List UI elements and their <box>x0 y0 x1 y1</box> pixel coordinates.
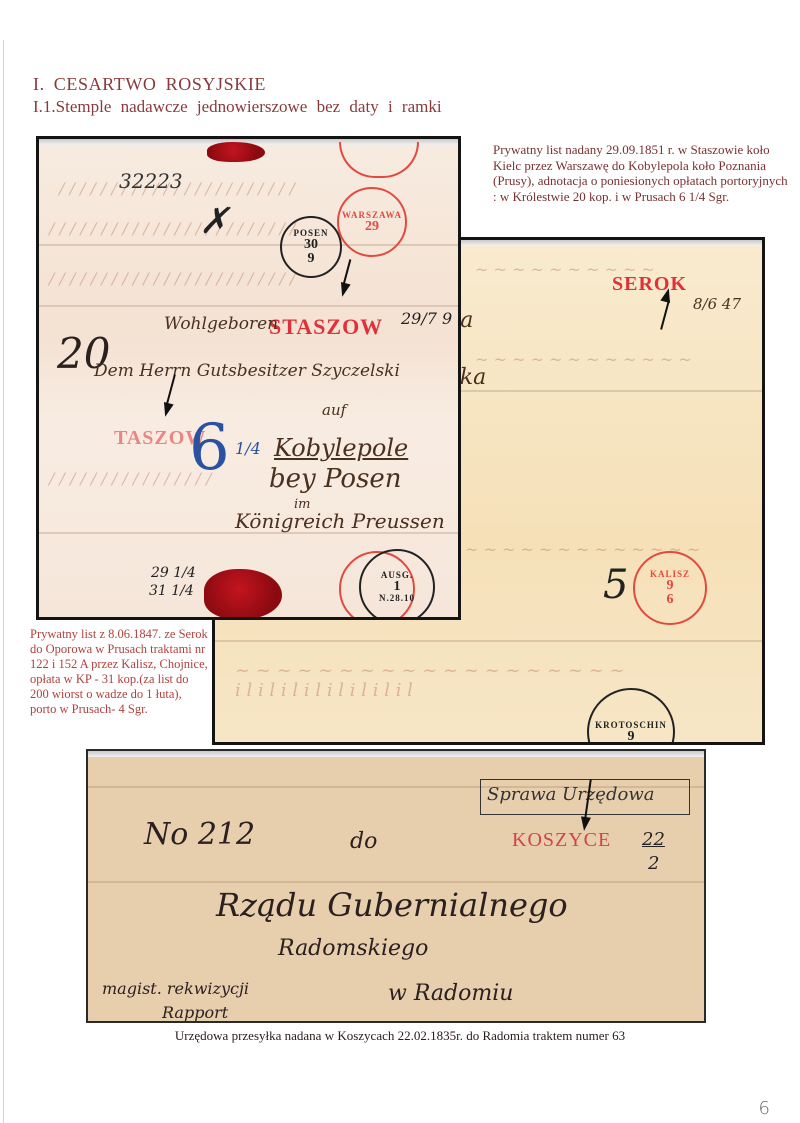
page-number: 6 <box>759 1098 770 1119</box>
stamp-day: 29 <box>365 220 379 234</box>
address-line: Rządu Gubernialnego <box>216 886 568 924</box>
note-bottom: 29 1/4 <box>151 565 196 581</box>
note-bottom: 31 1/4 <box>149 583 194 599</box>
wax-seal-top <box>207 142 265 162</box>
date-note: 8/6 47 <box>693 295 741 313</box>
stamp-day: 9 <box>628 730 635 744</box>
fold-line <box>88 881 704 883</box>
page-edge-line <box>3 40 4 1123</box>
stamp-day: 1 <box>394 580 401 594</box>
caption-staszow: Prywatny list nadany 29.09.1851 r. w Sta… <box>493 142 793 204</box>
note-left: Rapport <box>162 1003 228 1022</box>
ausg-circle-stamp: AUSG. 1 N.28.10 <box>359 549 435 620</box>
krotoschin-circle-stamp: KROTOSCHIN 9 <box>587 688 675 745</box>
partial-circle-stamp <box>339 142 419 178</box>
address-line: do <box>350 829 377 854</box>
cross-mark: ✗ <box>199 201 229 242</box>
section-subheading: I.1.Stemple nadawcze jednowierszowe bez … <box>33 97 442 117</box>
address-line: w Radomiu <box>388 981 513 1006</box>
date-fraction-top: 22 <box>642 829 665 850</box>
arrow-down-icon <box>337 282 350 298</box>
framed-stamp-text: Sprawa Urzędowa <box>487 784 654 805</box>
seroki-line-stamp: SEROK <box>612 273 687 296</box>
address-line: Dem Herrn Gutsbesitzer Szyczelski <box>94 361 400 381</box>
bleed-through-text: / / / / / / / / / / / / / / / / / / / / … <box>49 219 295 238</box>
fold-line <box>39 305 458 307</box>
arrow-pointer <box>660 300 670 329</box>
letter-number: No 212 <box>144 817 255 852</box>
bleed-through-text: ~ ~ ~ ~ ~ ~ ~ ~ ~ ~ ~ ~ <box>475 350 692 369</box>
staszow-line-stamp: STASZOW <box>269 314 383 340</box>
posen-circle-stamp: POSEN 30 9 <box>280 216 342 278</box>
letter-staszow-1851: / / / / / / / / / / / / / / / / / / / / … <box>36 136 461 620</box>
note-left: magist. rekwizycji <box>102 979 249 998</box>
fold-line <box>215 640 762 642</box>
letter-koszyce-1835: Sprawa Urzędowa KOSZYCE 22 2 No 212 do R… <box>86 749 706 1023</box>
address-line: auf <box>322 401 346 419</box>
address-line: Wohlgeboren <box>164 314 278 334</box>
stamp-day: 30 <box>304 238 318 252</box>
rate-blue: 6 <box>189 411 230 485</box>
arrow-down-icon <box>160 402 173 418</box>
bleed-through-text: / / / / / / / / / / / / / / / / <box>49 469 212 488</box>
date-note: 29/7 9 <box>401 309 452 328</box>
date-fraction-bottom: 2 <box>648 853 659 874</box>
sleeve-edge <box>88 751 704 757</box>
bleed-through-text: / / / / / / / / / / / / / / / / / / / / … <box>49 269 295 288</box>
caption-koszyce: Urzędowa przesyłka nadana w Koszycach 22… <box>0 1028 800 1044</box>
wax-seal-bottom <box>204 569 282 619</box>
kalisz-circle-stamp: KALISZ 9 6 <box>633 551 707 625</box>
rate-mark: 5 <box>603 562 628 608</box>
warszawa-circle-stamp: WARSZAWA 29 <box>337 187 407 257</box>
section-heading: I. CESARTWO ROSYJSKIE <box>33 74 266 95</box>
caption-serock: Prywatny list z 8.06.1847. ze Serok do O… <box>30 627 210 717</box>
rate-blue-fraction: 1/4 <box>235 439 261 458</box>
stamp-day: 9 <box>667 579 674 593</box>
bleed-through-text: i l i l i l i l i l i l i l i l <box>235 680 413 701</box>
address-line: Kobylepole <box>274 434 408 462</box>
stamp-date: N.28.10 <box>379 594 415 603</box>
stamp-month: 9 <box>308 252 315 266</box>
registry-number: 32223 <box>119 169 183 193</box>
arrow-up-icon <box>660 287 673 303</box>
address-line: Königreich Preussen <box>235 509 445 533</box>
address-line: bey Posen <box>269 464 402 494</box>
bleed-through-text: ~ ~ ~ ~ ~ ~ ~ ~ ~ ~ ~ ~ ~ ~ ~ ~ ~ ~ ~ <box>235 660 625 681</box>
address-line: Radomskiego <box>278 936 428 961</box>
stamp-month: 6 <box>667 593 674 607</box>
koszyce-line-stamp: KOSZYCE <box>512 829 611 852</box>
arrow-pointer <box>343 259 352 285</box>
